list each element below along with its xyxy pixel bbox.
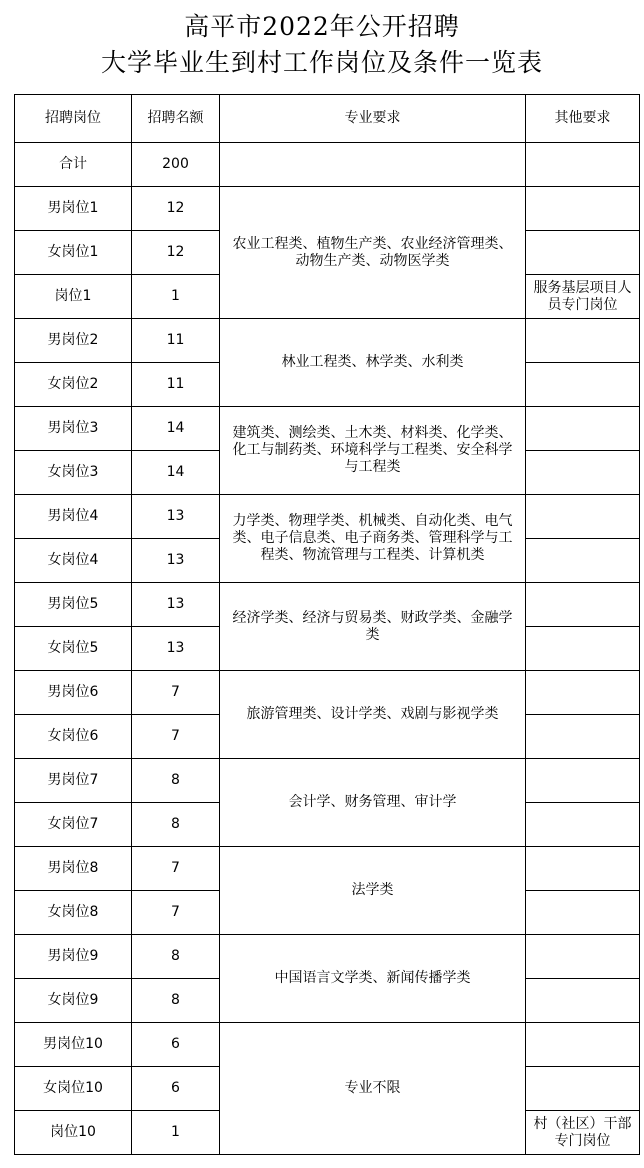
major-cell: 经济学类、经济与贸易类、财政学类、金融学类 xyxy=(220,583,526,671)
table-row: 男岗位9 8 中国语言文学类、新闻传播学类 xyxy=(15,935,640,979)
document-title-line2: 大学毕业生到村工作岗位及条件一览表 xyxy=(0,48,644,78)
count-cell: 13 xyxy=(132,495,220,539)
recruitment-table: 招聘岗位 招聘名额 专业要求 其他要求 合计 200 男岗位1 12 农业工程类… xyxy=(14,94,640,1155)
post-cell: 男岗位1 xyxy=(15,187,132,231)
count-cell: 13 xyxy=(132,583,220,627)
table-row: 男岗位2 11 林业工程类、林学类、水利类 xyxy=(15,319,640,363)
header-other: 其他要求 xyxy=(526,95,640,143)
count-cell: 12 xyxy=(132,187,220,231)
post-cell: 女岗位2 xyxy=(15,363,132,407)
table-row: 男岗位3 14 建筑类、测绘类、土木类、材料类、化学类、化工与制药类、环境科学与… xyxy=(15,407,640,451)
table-row: 男岗位6 7 旅游管理类、设计学类、戏剧与影视学类 xyxy=(15,671,640,715)
post-cell: 男岗位7 xyxy=(15,759,132,803)
post-cell: 男岗位2 xyxy=(15,319,132,363)
post-cell: 女岗位7 xyxy=(15,803,132,847)
other-cell xyxy=(526,583,640,627)
count-cell: 1 xyxy=(132,275,220,319)
count-cell: 7 xyxy=(132,715,220,759)
count-cell: 13 xyxy=(132,627,220,671)
other-cell xyxy=(526,979,640,1023)
post-cell: 女岗位8 xyxy=(15,891,132,935)
table-row: 男岗位5 13 经济学类、经济与贸易类、财政学类、金融学类 xyxy=(15,583,640,627)
table-row: 男岗位1 12 农业工程类、植物生产类、农业经济管理类、动物生产类、动物医学类 xyxy=(15,187,640,231)
major-cell: 力学类、物理学类、机械类、自动化类、电气类、电子信息类、电子商务类、管理科学与工… xyxy=(220,495,526,583)
post-cell: 男岗位10 xyxy=(15,1023,132,1067)
table-header-row: 招聘岗位 招聘名额 专业要求 其他要求 xyxy=(15,95,640,143)
other-cell xyxy=(526,715,640,759)
count-cell: 6 xyxy=(132,1067,220,1111)
other-cell xyxy=(526,759,640,803)
other-cell xyxy=(526,803,640,847)
other-cell xyxy=(526,935,640,979)
other-cell xyxy=(526,891,640,935)
table-row: 男岗位7 8 会计学、财务管理、审计学 xyxy=(15,759,640,803)
other-cell xyxy=(526,407,640,451)
other-cell xyxy=(526,671,640,715)
table-row: 男岗位4 13 力学类、物理学类、机械类、自动化类、电气类、电子信息类、电子商务… xyxy=(15,495,640,539)
total-label: 合计 xyxy=(15,143,132,187)
total-other xyxy=(526,143,640,187)
other-cell xyxy=(526,231,640,275)
count-cell: 7 xyxy=(132,891,220,935)
other-cell xyxy=(526,495,640,539)
count-cell: 8 xyxy=(132,759,220,803)
count-cell: 6 xyxy=(132,1023,220,1067)
table-row: 男岗位8 7 法学类 xyxy=(15,847,640,891)
other-cell xyxy=(526,363,640,407)
header-major: 专业要求 xyxy=(220,95,526,143)
major-cell: 法学类 xyxy=(220,847,526,935)
total-count: 200 xyxy=(132,143,220,187)
post-cell: 岗位1 xyxy=(15,275,132,319)
header-post: 招聘岗位 xyxy=(15,95,132,143)
count-cell: 11 xyxy=(132,319,220,363)
count-cell: 7 xyxy=(132,671,220,715)
count-cell: 11 xyxy=(132,363,220,407)
count-cell: 8 xyxy=(132,935,220,979)
other-cell xyxy=(526,187,640,231)
other-cell xyxy=(526,627,640,671)
post-cell: 女岗位1 xyxy=(15,231,132,275)
major-cell: 专业不限 xyxy=(220,1023,526,1155)
major-cell: 中国语言文学类、新闻传播学类 xyxy=(220,935,526,1023)
other-cell xyxy=(526,847,640,891)
post-cell: 男岗位5 xyxy=(15,583,132,627)
post-cell: 男岗位3 xyxy=(15,407,132,451)
other-cell xyxy=(526,1067,640,1111)
major-cell: 建筑类、测绘类、土木类、材料类、化学类、化工与制药类、环境科学与工程类、安全科学… xyxy=(220,407,526,495)
major-cell: 农业工程类、植物生产类、农业经济管理类、动物生产类、动物医学类 xyxy=(220,187,526,319)
major-cell: 林业工程类、林学类、水利类 xyxy=(220,319,526,407)
count-cell: 7 xyxy=(132,847,220,891)
other-cell xyxy=(526,319,640,363)
post-cell: 女岗位5 xyxy=(15,627,132,671)
count-cell: 14 xyxy=(132,407,220,451)
table-row: 男岗位10 6 专业不限 xyxy=(15,1023,640,1067)
major-cell: 会计学、财务管理、审计学 xyxy=(220,759,526,847)
header-count: 招聘名额 xyxy=(132,95,220,143)
other-cell xyxy=(526,539,640,583)
post-cell: 女岗位10 xyxy=(15,1067,132,1111)
total-row: 合计 200 xyxy=(15,143,640,187)
post-cell: 女岗位4 xyxy=(15,539,132,583)
total-major xyxy=(220,143,526,187)
count-cell: 1 xyxy=(132,1111,220,1155)
other-cell xyxy=(526,1023,640,1067)
count-cell: 8 xyxy=(132,979,220,1023)
post-cell: 男岗位4 xyxy=(15,495,132,539)
count-cell: 8 xyxy=(132,803,220,847)
post-cell: 男岗位6 xyxy=(15,671,132,715)
post-cell: 女岗位3 xyxy=(15,451,132,495)
count-cell: 12 xyxy=(132,231,220,275)
other-cell xyxy=(526,451,640,495)
document-title-line1: 高平市2022年公开招聘 xyxy=(0,12,644,42)
count-cell: 14 xyxy=(132,451,220,495)
post-cell: 男岗位8 xyxy=(15,847,132,891)
post-cell: 岗位10 xyxy=(15,1111,132,1155)
post-cell: 女岗位6 xyxy=(15,715,132,759)
post-cell: 男岗位9 xyxy=(15,935,132,979)
post-cell: 女岗位9 xyxy=(15,979,132,1023)
other-cell: 服务基层项目人员专门岗位 xyxy=(526,275,640,319)
other-cell: 村（社区）干部专门岗位 xyxy=(526,1111,640,1155)
major-cell: 旅游管理类、设计学类、戏剧与影视学类 xyxy=(220,671,526,759)
count-cell: 13 xyxy=(132,539,220,583)
